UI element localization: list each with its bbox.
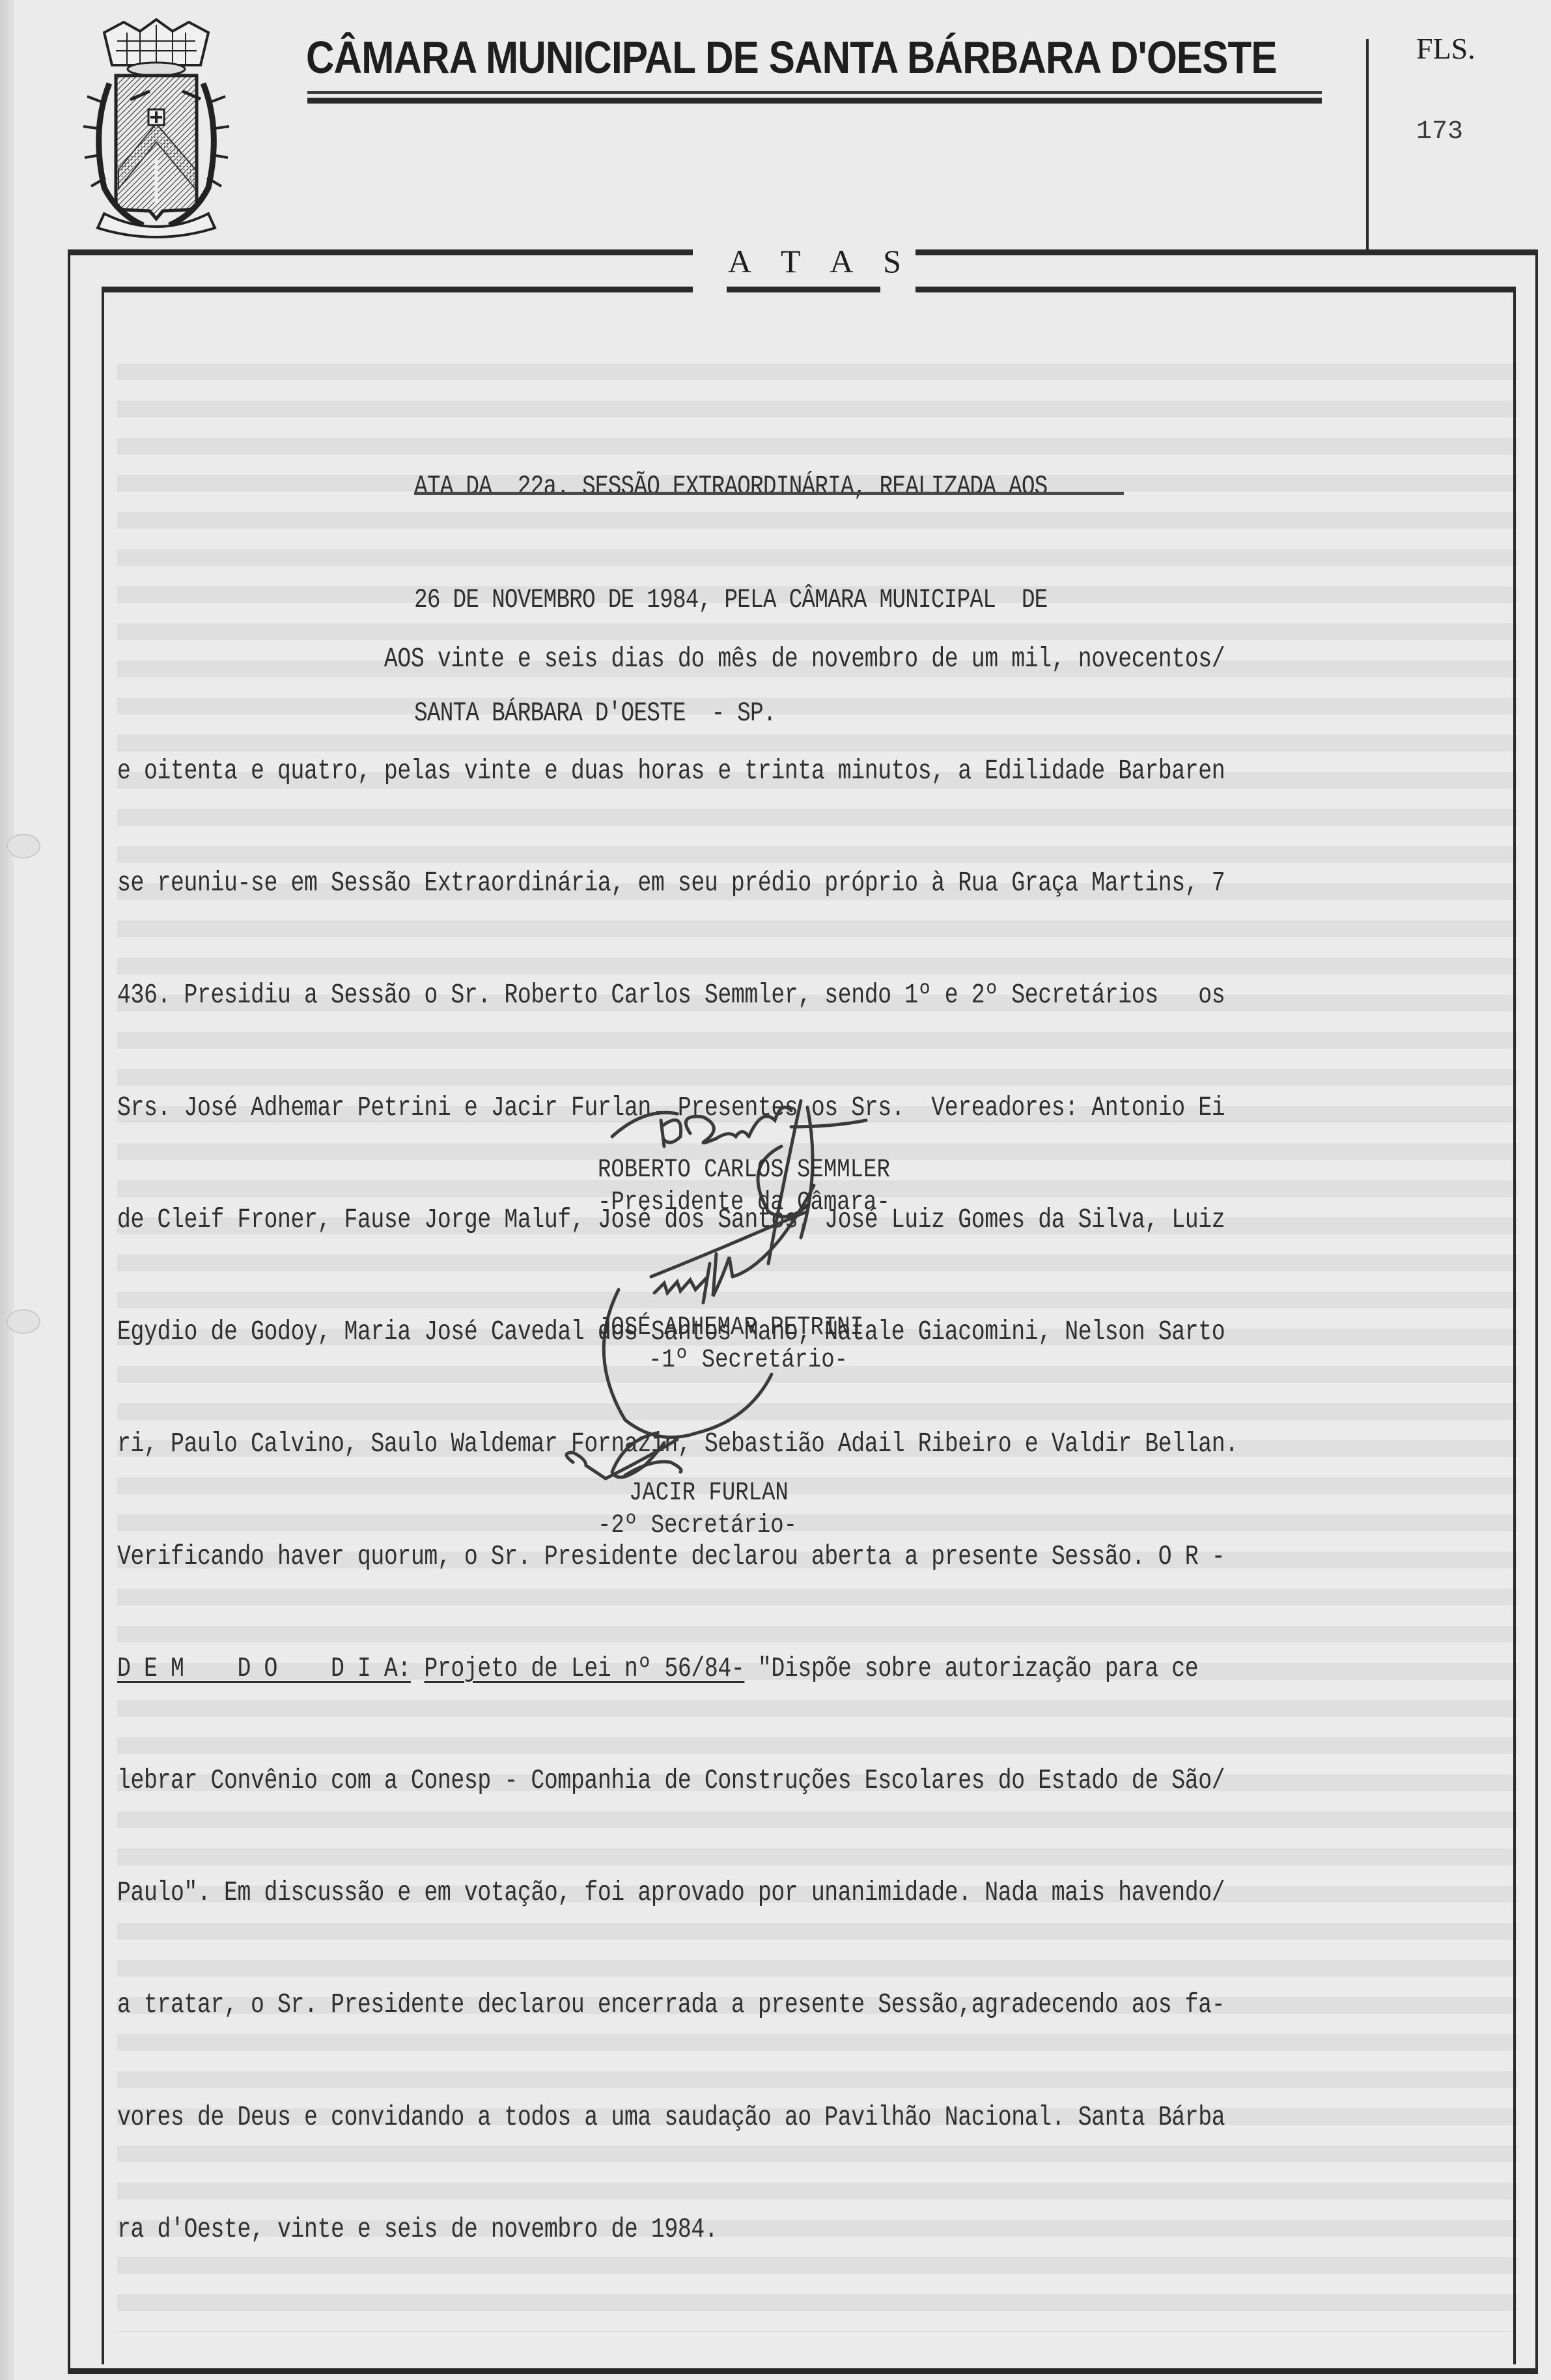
body-line: 436. Presidiu a Sessão o Sr. Roberto Car…	[117, 976, 1267, 1013]
signatory-name: JACIR FURLAN	[629, 1477, 789, 1510]
ordem-line-rest: "Dispõe sobre autorização para ce	[744, 1652, 1198, 1684]
folio-label: FLS.	[1416, 31, 1475, 66]
body-line: Verificando haver quorum, o Sr. Presiden…	[117, 1538, 1267, 1575]
signatory-name: ROBERTO CARLOS SEMMLER	[598, 1154, 890, 1187]
frame-rule	[915, 287, 1516, 292]
signatory-role: -2º Secretário-	[598, 1510, 797, 1542]
body-line-ordem-do-dia: D E M D O D I A: Projeto de Lei nº 56/84…	[117, 1650, 1267, 1687]
body-line: a tratar, o Sr. Presidente declarou ence…	[117, 1986, 1267, 2023]
minutes-body: AOS vinte e seis dias do mês de novembro…	[117, 565, 1267, 2286]
section-label: A T A S	[728, 242, 913, 280]
folio-number: 173	[1416, 117, 1463, 147]
frame-rule	[915, 249, 1538, 255]
body-line: ri, Paulo Calvino, Saulo Waldemar Fornaz…	[117, 1425, 1267, 1462]
frame-rule	[102, 287, 693, 292]
punch-hole	[7, 834, 40, 858]
header-rule	[307, 98, 1322, 104]
institution-title: CÂMARA MUNICIPAL DE SANTA BÁRBARA D'OEST…	[306, 31, 1277, 83]
binding-edge	[0, 0, 14, 2380]
body-line: vores de Deus e convidando a todos a uma…	[117, 2099, 1267, 2136]
projeto-reference: Projeto de Lei nº 56/84-	[424, 1652, 744, 1684]
heading-underline	[414, 492, 1124, 495]
municipal-coat-of-arms-icon	[78, 18, 234, 240]
punch-hole	[7, 1309, 40, 1334]
body-line: Paulo". Em discussão e em votação, foi a…	[117, 1874, 1267, 1911]
body-line: e oitenta e quatro, pelas vinte e duas h…	[117, 752, 1267, 789]
body-line: se reuniu-se em Sessão Extraordinária, e…	[117, 864, 1267, 901]
ordem-do-dia-label: D E M D O D I A:	[117, 1652, 411, 1684]
signatory-role: -1º Secretário-	[649, 1344, 848, 1377]
body-line: AOS vinte e seis dias do mês de novembro…	[117, 640, 1267, 677]
signatory-name: JOSÉ ADHEMAR PETRINI	[598, 1312, 863, 1344]
body-line: lebrar Convênio com a Conesp - Companhia…	[117, 1762, 1267, 1799]
body-line: ra d'Oeste, vinte e seis de novembro de …	[117, 2211, 1267, 2248]
body-line: Srs. José Adhemar Petrini e Jacir Furlan…	[117, 1089, 1267, 1126]
frame-rule	[727, 287, 880, 292]
heading-line: ATA DA 22a. SESSÃO EXTRAORDINÁRIA, REALI…	[414, 468, 1172, 505]
header-rule	[307, 91, 1322, 94]
signatory-role: -Presidente da Câmara-	[598, 1187, 890, 1219]
frame-rule	[68, 249, 693, 255]
folio-divider	[1366, 39, 1369, 251]
